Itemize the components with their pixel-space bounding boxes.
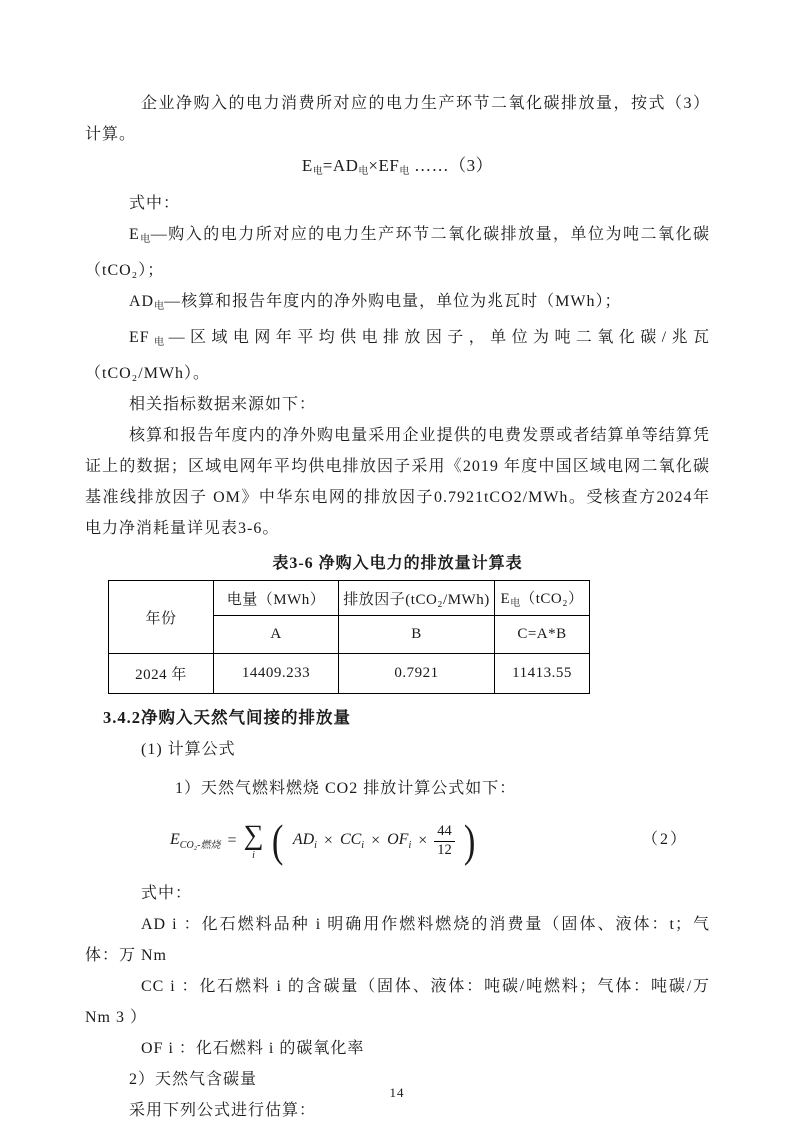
electric-where-label: 式中： [85,188,710,219]
formula-2-times-2: × [371,832,380,850]
definition-ad-term: AD [129,293,154,310]
definition-ad-sub: 电 [154,301,164,312]
definition-ef: EF电—区域电网年平均供电排放因子，单位为吨二氧化碳/兆瓦（tCO₂/MWh）。 [85,322,710,389]
formula-2-of: OF [387,831,408,848]
formula-2-row: ECO₂-燃烧 = ∑ i ( ADi × CCi × OFi × 44 12 … [85,812,710,870]
header-col-a: A [214,616,339,654]
formula-3-times: × [368,156,378,175]
formula-3-label: （3） [449,156,493,175]
cell-power: 14409.233 [214,654,339,694]
sigma-glyph: ∑ [244,822,264,850]
header-factor: 排放因子(tCO₂/MWh) [339,581,495,616]
sources-title: 相关指标数据来源如下： [85,389,710,420]
formula-2-term-of: OFi [387,831,411,851]
header-emission-term: E [501,591,511,607]
gas-where-label: 式中： [85,878,710,909]
formula-2-term-ad: ADi [293,831,317,851]
formula-2-times-1: × [324,832,333,850]
formula-3: E电=AD电×EF电 ……（3） [85,150,710,188]
formula-3-dots: …… [414,156,449,175]
formula-2-ad-sub: i [314,840,317,851]
gas-definition-ad: AD i ：化石燃料品种 i 明确用作燃料燃烧的消费量（固体、液体：t；气体：万… [85,909,710,971]
formula-3-sub-ef: 电 [399,166,409,177]
cell-factor: 0.7921 [339,654,495,694]
formula-2: ECO₂-燃烧 = ∑ i ( ADi × CCi × OFi × 44 12 … [170,812,477,870]
definition-e-text: —购入的电力所对应的电力生产环节二氧化碳排放量，单位为吨二氧化碳（tCO₂）； [85,226,710,279]
header-power: 电量（MWh） [214,581,339,616]
gas-definition-cc: CC i ：化石燃料 i 的含碳量（固体、液体：吨碳/吨燃料；气体：吨碳/万 N… [85,971,710,1033]
section-heading-342: 3.4.2净购入天然气间接的排放量 [85,702,710,734]
formula-2-ad: AD [293,831,314,848]
formula-3-sub-e: 电 [313,166,323,177]
formula-2-cc: CC [340,831,361,848]
definition-e: E电—购入的电力所对应的电力生产环节二氧化碳排放量，单位为吨二氧化碳（tCO₂）… [85,219,710,286]
fraction-denominator: 12 [437,842,452,859]
gas-item-1: (1) 计算公式 [85,734,710,765]
gas-definition-of: OF i ：化石燃料 i 的碳氧化率 [85,1033,710,1064]
fraction-numerator: 44 [434,823,455,841]
definition-ad-text: —核算和报告年度内的净外购电量，单位为兆瓦时（MWh）； [164,293,621,310]
right-paren: ) [464,818,475,864]
definition-e-sub: 电 [140,234,151,245]
emission-calc-table: 年份 电量（MWh） 排放因子(tCO₂/MWh) E电（tCO₂） A B C… [108,580,590,694]
formula-2-of-sub: i [408,840,411,851]
document-page: 企业净购入的电力消费所对应的电力生产环节二氧化碳排放量，按式（3）计算。 E电=… [0,0,794,1123]
sources-body: 核算和报告年度内的净外购电量采用企业提供的电费发票或者结算单等结算凭证上的数据；… [85,420,710,544]
header-col-b: B [339,616,495,654]
cell-year: 2024 年 [109,654,214,694]
header-col-c: C=A*B [495,616,590,654]
page-number: 14 [0,1085,794,1101]
formula-3-term-e: E [302,156,313,175]
gas-sub-1: 1）天然气燃料燃烧 CO2 排放计算公式如下： [85,773,710,804]
formula-2-equals: = [227,832,236,850]
sigma-index: i [252,851,255,861]
definition-ad: AD电—核算和报告年度内的净外购电量，单位为兆瓦时（MWh）； [85,286,710,322]
formula-2-lhs: ECO₂-燃烧 [170,831,220,851]
formula-2-lhs-e: E [170,831,180,848]
header-emission: E电（tCO₂） [495,581,590,616]
formula-2-cc-sub: i [361,840,364,851]
formula-2-term-cc: CCi [340,831,364,851]
fraction-44-12: 44 12 [434,823,455,859]
definition-ef-text: —区域电网年平均供电排放因子，单位为吨二氧化碳/兆瓦（tCO₂/MWh）。 [85,329,710,382]
formula-2-label: （2） [642,826,688,849]
header-year: 年份 [109,581,214,654]
table-header-row-1: 年份 电量（MWh） 排放因子(tCO₂/MWh) E电（tCO₂） [109,581,590,616]
formula-3-term-ad: AD [333,156,359,175]
cell-emission: 11413.55 [495,654,590,694]
definition-ef-term: EF [129,329,150,346]
definition-ef-sub: 电 [150,337,169,348]
table-title: 表3-6 净购入电力的排放量计算表 [85,548,710,580]
formula-2-times-3: × [418,832,427,850]
definition-e-term: E [129,226,140,243]
formula-2-lhs-sub: CO₂-燃烧 [180,840,221,851]
left-paren: ( [272,818,283,864]
sigma-symbol: ∑ i [244,822,264,861]
formula-3-term-ef: EF [379,156,400,175]
formula-3-equals: = [323,156,333,175]
header-emission-unit: （tCO₂） [520,591,583,607]
table-row: 2024 年 14409.233 0.7921 11413.55 [109,654,590,694]
paragraph-electric-intro: 企业净购入的电力消费所对应的电力生产环节二氧化碳排放量，按式（3）计算。 [85,88,710,150]
header-emission-sub: 电 [510,598,520,609]
formula-3-sub-ad: 电 [358,166,368,177]
